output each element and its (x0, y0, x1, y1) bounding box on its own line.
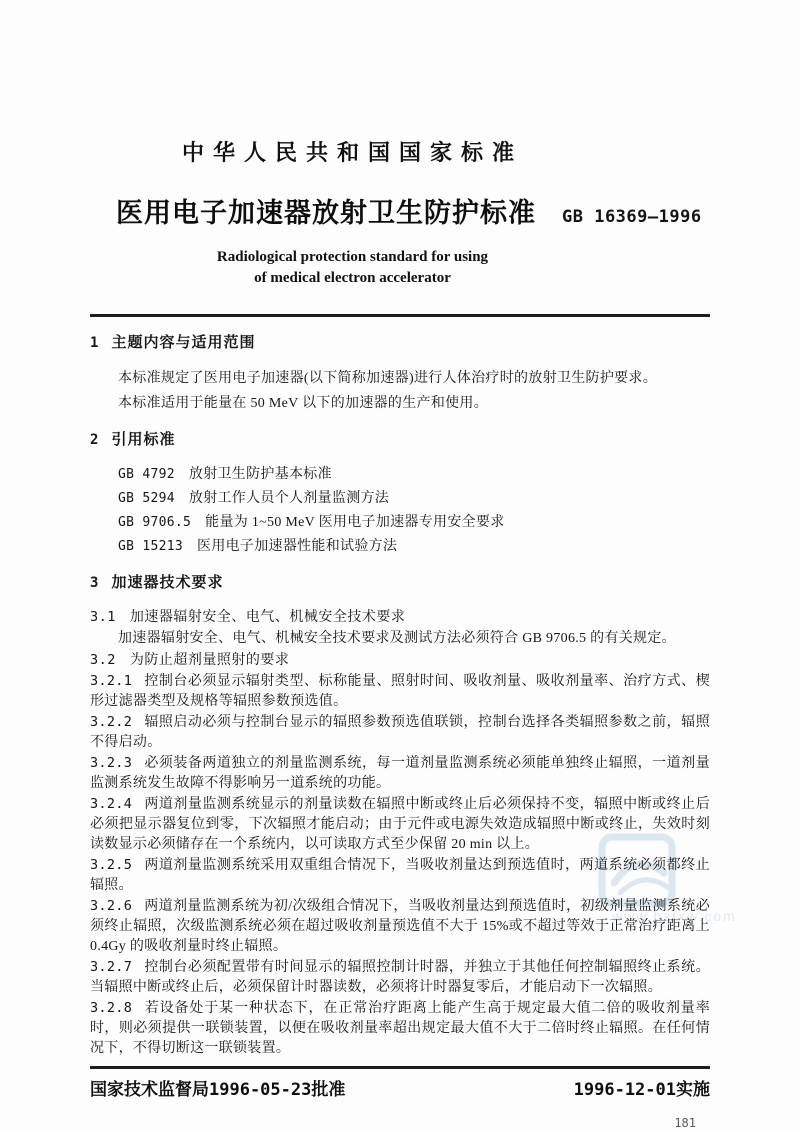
implementation-date: 1996-12-01 (574, 1080, 676, 1100)
reference-code: GB 15213 (118, 539, 183, 554)
clause-3-2-6: 3.2.6两道剂量监测系统为初/次级组合情况下，当吸收剂量达到预选值时，初级剂量… (90, 896, 710, 957)
section-3-1-number: 3.1 (90, 609, 116, 625)
approval-date: 1996-05-23 (209, 1080, 311, 1100)
clause-3-2-5: 3.2.5两道剂量监测系统采用双重组合情况下，当吸收剂量达到预选值时，两道系统必… (90, 855, 710, 896)
national-standard-label: 中华人民共和国国家标准 (90, 136, 710, 167)
implementation-statement: 1996-12-01实施 (574, 1075, 710, 1100)
clause-number: 3.2.5 (90, 857, 132, 873)
section-1-paragraph-2: 本标准适用于能量在 50 MeV 以下的加速器的生产和使用。 (90, 391, 710, 416)
document-title-chinese: 医用电子加速器放射卫生防护标准 (90, 191, 562, 230)
reference-item: GB 4792放射卫生防护基本标准 (90, 463, 710, 487)
reference-code: GB 5294 (118, 491, 175, 506)
clause-text: 辐照启动必须与控制台显示的辐照参数预选值联锁，控制台选择各类辐照参数之前，辐照不… (90, 715, 710, 750)
reference-name: 医用电子加速器性能和试验方法 (197, 539, 397, 554)
clause-text: 控制台必须显示辐射类型、标称能量、照射时间、吸收剂量、吸收剂量率、治疗方式、楔形… (90, 674, 710, 709)
clause-3-2-1: 3.2.1控制台必须显示辐射类型、标称能量、照射时间、吸收剂量、吸收剂量率、治疗… (90, 671, 710, 712)
document-title-english-line2: of medical electron accelerator (90, 268, 710, 289)
section-3-number: 3 (90, 575, 99, 591)
page-body: 中华人民共和国国家标准 医用电子加速器放射卫生防护标准 GB 16369—199… (90, 0, 710, 1130)
section-3-heading: 3加速器技术要求 (90, 572, 710, 594)
section-3-2-heading: 3.2为防止超剂量照射的要求 (90, 649, 710, 671)
clause-text: 两道剂量监测系统为初/次级组合情况下，当吸收剂量达到预选值时，初级剂量监测系统必… (90, 899, 710, 954)
clause-text: 两道剂量监测系统采用双重组合情况下，当吸收剂量达到预选值时，两道系统必须都终止辐… (90, 858, 710, 893)
clause-number: 3.2.1 (90, 673, 132, 689)
clause-text: 两道剂量监测系统显示的剂量读数在辐照中断或终止后必须保持不变，辐照中断或终止后必… (90, 797, 710, 852)
implementation-suffix: 实施 (676, 1080, 710, 1099)
header-divider (90, 314, 710, 317)
clause-number: 3.2.8 (90, 1000, 132, 1016)
clause-text: 若设备处于某一种状态下，在正常治疗距离上能产生高于规定最大值二倍的吸收剂量率时，… (90, 1001, 710, 1056)
section-1-heading: 1主题内容与适用范围 (90, 332, 710, 354)
reference-item: GB 15213医用电子加速器性能和试验方法 (90, 535, 710, 559)
reference-name: 放射卫生防护基本标准 (189, 467, 332, 482)
clause-number: 3.2.7 (90, 959, 132, 975)
page-number: 181 (90, 1116, 710, 1130)
approval-agency: 国家技术监督局 (90, 1080, 209, 1099)
reference-name: 能量为 1~50 MeV 医用电子加速器专用安全要求 (205, 515, 504, 530)
approval-suffix: 批准 (311, 1080, 345, 1099)
clause-3-2-4: 3.2.4两道剂量监测系统显示的剂量读数在辐照中断或终止后必须保持不变，辐照中断… (90, 794, 710, 855)
section-3-title: 加速器技术要求 (111, 574, 223, 591)
clause-text: 控制台必须配置带有时间显示的辐照控制计时器，并独立于其他任何控制辐照终止系统。当… (90, 960, 710, 995)
clause-3-2-8: 3.2.8若设备处于某一种状态下，在正常治疗距离上能产生高于规定最大值二倍的吸收… (90, 998, 710, 1059)
reference-code: GB 4792 (118, 467, 175, 482)
reference-item: GB 9706.5能量为 1~50 MeV 医用电子加速器专用安全要求 (90, 511, 710, 535)
section-2-number: 2 (90, 432, 99, 448)
clause-number: 3.2.3 (90, 755, 132, 771)
section-3-2-title: 为防止超剂量照射的要求 (130, 651, 290, 667)
standard-number: GB 16369—1996 (562, 207, 710, 227)
section-1-number: 1 (90, 335, 99, 351)
reference-code: GB 9706.5 (118, 515, 191, 530)
clause-number: 3.2.2 (90, 714, 132, 730)
approval-statement: 国家技术监督局1996-05-23批准 (90, 1075, 345, 1100)
document-title-english-line1: Radiological protection standard for usi… (90, 247, 710, 268)
clause-number: 3.2.6 (90, 898, 132, 914)
clause-text: 必须装备两道独立的剂量监测系统，每一道剂量监测系统必须能单独终止辐照，一道剂量监… (90, 756, 710, 791)
section-3-1-body: 加速器辐射安全、电气、机械安全技术要求及测试方法必须符合 GB 9706.5 的… (90, 628, 710, 649)
section-3-1-heading: 3.1加速器辐射安全、电气、机械安全技术要求 (90, 606, 710, 628)
clause-3-2-3: 3.2.3必须装备两道独立的剂量监测系统，每一道剂量监测系统必须能单独终止辐照，… (90, 753, 710, 794)
reference-name: 放射工作人员个人剂量监测方法 (189, 491, 389, 506)
clause-3-2-2: 3.2.2辐照启动必须与控制台显示的辐照参数预选值联锁，控制台选择各类辐照参数之… (90, 712, 710, 753)
reference-item: GB 5294放射工作人员个人剂量监测方法 (90, 487, 710, 511)
footer-divider (90, 1066, 710, 1069)
footer: 国家技术监督局1996-05-23批准 1996-12-01实施 (90, 1075, 710, 1100)
title-row: 医用电子加速器放射卫生防护标准 GB 16369—1996 (90, 191, 710, 230)
section-3-2-number: 3.2 (90, 652, 116, 668)
section-3-1-title: 加速器辐射安全、电气、机械安全技术要求 (130, 608, 406, 624)
section-2-heading: 2引用标准 (90, 429, 710, 451)
clause-3-2-7: 3.2.7控制台必须配置带有时间显示的辐照控制计时器，并独立于其他任何控制辐照终… (90, 957, 710, 998)
document-content: 1主题内容与适用范围 本标准规定了医用电子加速器(以下简称加速器)进行人体治疗时… (90, 332, 710, 1059)
section-2-title: 引用标准 (111, 431, 175, 448)
section-1-title: 主题内容与适用范围 (111, 334, 255, 351)
clause-number: 3.2.4 (90, 796, 132, 812)
standard-document-page: www.bzfxw.com 中华人民共和国国家标准 医用电子加速器放射卫生防护标… (0, 0, 800, 1130)
section-1-paragraph-1: 本标准规定了医用电子加速器(以下简称加速器)进行人体治疗时的放射卫生防护要求。 (90, 366, 710, 391)
